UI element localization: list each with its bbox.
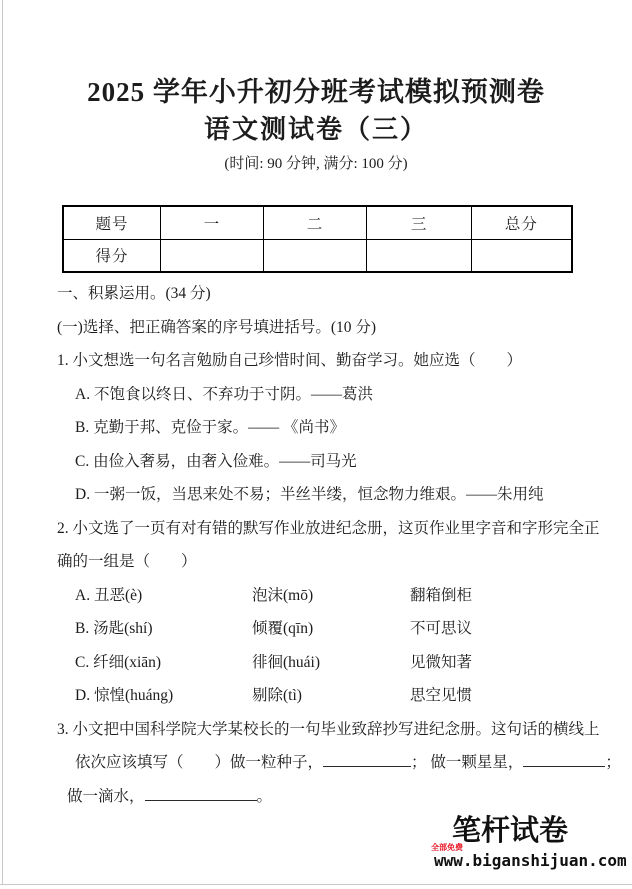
- question-3-line2-text: 依次应该填写（ ）做一粒种子，: [75, 754, 323, 771]
- question-3-line3-text: 。: [257, 788, 273, 805]
- title-block: 2025 学年小升初分班考试模拟预测卷 语文测试卷（三） (时间: 90 分钟,…: [0, 74, 632, 177]
- question-2-option-b: B. 汤匙(shí)倾覆(qīn)不可思议: [57, 612, 582, 646]
- score-table-header-cell: 总分: [471, 206, 572, 239]
- option-word-1: B. 汤匙(shí): [75, 612, 252, 646]
- score-table-score-row: 得分: [63, 239, 572, 272]
- question-1-option-a: A. 不饱食以终日、不弃功于寸阴。——葛洪: [57, 378, 582, 412]
- option-word-3: 见微知著: [410, 654, 472, 671]
- question-2-option-c: C. 纤细(xiān)徘徊(huái)见微知著: [57, 646, 582, 680]
- question-3-line3: 做一滴水，。: [57, 780, 582, 814]
- option-word-1: C. 纤细(xiān): [75, 646, 252, 680]
- score-table-header-cell: 二: [263, 206, 367, 239]
- question-3-line2-text: ； 做一颗星星，: [411, 754, 523, 771]
- option-word-2: 倾覆(qīn): [252, 612, 410, 646]
- option-word-2: 剔除(tì): [252, 679, 410, 713]
- subsection-heading: (一)选择、把正确答案的序号填进括号。(10 分): [57, 311, 582, 345]
- exam-title: 2025 学年小升初分班考试模拟预测卷: [0, 74, 632, 111]
- watermark-url: www.biganshijuan.com: [434, 850, 627, 872]
- score-table: 题号 一 二 三 总分 得分: [62, 205, 573, 273]
- exam-body: 一、积累运用。(34 分) (一)选择、把正确答案的序号填进括号。(10 分) …: [57, 277, 582, 813]
- score-table-header-row: 题号 一 二 三 总分: [63, 206, 572, 239]
- option-word-2: 泡沫(mō): [252, 579, 410, 613]
- fill-in-blank: [145, 786, 257, 801]
- option-word-1: D. 惊惶(huáng): [75, 679, 252, 713]
- question-2-stem-line1: 2. 小文选了一页有对有错的默写作业放进纪念册，这页作业里字音和字形完全正: [57, 512, 582, 546]
- exam-paper-page: 2025 学年小升初分班考试模拟预测卷 语文测试卷（三） (时间: 90 分钟,…: [0, 0, 632, 889]
- score-cell-empty: [367, 239, 472, 272]
- question-2-option-a: A. 丑恶(è)泡沫(mō)翻箱倒柜: [57, 579, 582, 613]
- option-word-1: A. 丑恶(è): [75, 579, 252, 613]
- score-cell-empty: [263, 239, 367, 272]
- question-3-line3-text: 做一滴水，: [67, 788, 145, 805]
- question-3-line1: 3. 小文把中国科学院大学某校长的一句毕业致辞抄写进纪念册。这句话的横线上: [57, 713, 582, 747]
- exam-subtitle: 语文测试卷（三）: [0, 111, 632, 149]
- watermark-brand: 笔杆试卷: [452, 814, 568, 848]
- option-word-3: 思空见惯: [410, 687, 472, 704]
- question-3-line2: 依次应该填写（ ）做一粒种子，； 做一颗星星，；: [57, 746, 582, 780]
- option-word-3: 翻箱倒柜: [410, 587, 472, 604]
- question-1-option-b: B. 克勤于邦、克俭于家。—— 《尚书》: [57, 411, 582, 445]
- score-table-header-cell: 三: [367, 206, 472, 239]
- score-row-label: 得分: [63, 239, 161, 272]
- exam-time-score-info: (时间: 90 分钟, 满分: 100 分): [0, 151, 632, 177]
- question-3-line2-text: ；: [605, 754, 621, 771]
- option-word-2: 徘徊(huái): [252, 646, 410, 680]
- question-2-stem-line2: 确的一组是（ ）: [57, 545, 582, 579]
- question-1-option-c: C. 由俭入奢易，由奢入俭难。——司马光: [57, 445, 582, 479]
- section-heading: 一、积累运用。(34 分): [57, 277, 582, 311]
- question-1-option-d: D. 一粥一饭，当思来处不易；半丝半缕，恒念物力维艰。——朱用纯: [57, 478, 582, 512]
- score-cell-empty: [471, 239, 572, 272]
- option-word-3: 不可思议: [410, 620, 472, 637]
- question-1-stem: 1. 小文想选一句名言勉励自己珍惜时间、勤奋学习。她应选（ ）: [57, 344, 582, 378]
- question-2-option-d: D. 惊惶(huáng)剔除(tì)思空见惯: [57, 679, 582, 713]
- score-table-header-cell: 一: [161, 206, 264, 239]
- fill-in-blank: [323, 752, 411, 767]
- page-bottom-edge-line: [0, 884, 632, 885]
- score-cell-empty: [161, 239, 264, 272]
- score-table-header-cell: 题号: [63, 206, 161, 239]
- fill-in-blank: [523, 752, 605, 767]
